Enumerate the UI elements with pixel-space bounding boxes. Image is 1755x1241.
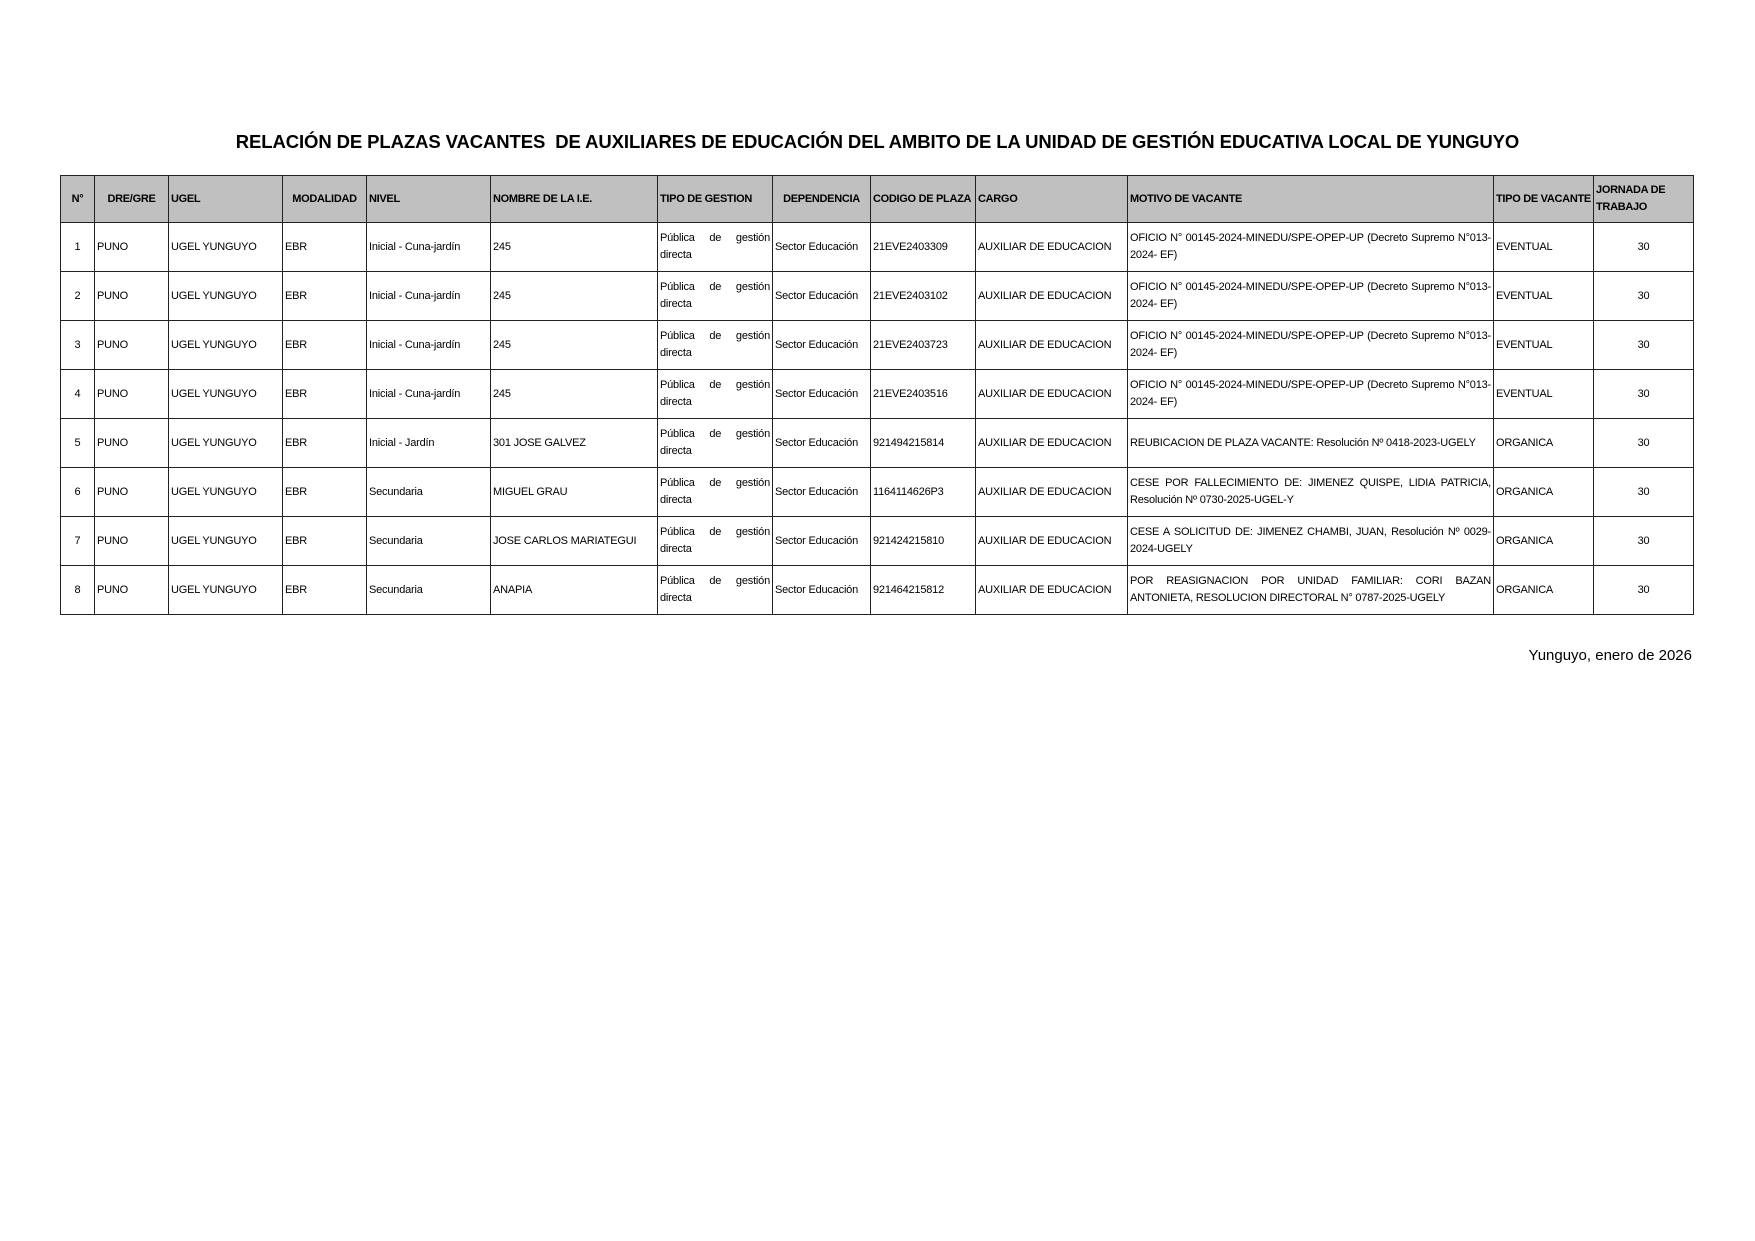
- cell-dre-gre: PUNO: [95, 321, 169, 370]
- cell-motivo-vacante: OFICIO N° 00145-2024-MINEDU/SPE-OPEP-UP …: [1128, 272, 1494, 321]
- cell-motivo-vacante: OFICIO N° 00145-2024-MINEDU/SPE-OPEP-UP …: [1128, 223, 1494, 272]
- header-col-dre-gre: DRE/GRE: [95, 176, 169, 223]
- cell-nivel: Inicial - Jardín: [367, 419, 491, 468]
- cell-tipo-vacante: ORGANICA: [1494, 468, 1594, 517]
- cell-tipo-vacante: ORGANICA: [1494, 419, 1594, 468]
- cell-modalidad: EBR: [283, 272, 367, 321]
- cell-tipo-gestion: Pública de gestión directa: [658, 517, 773, 566]
- table-row: 1PUNOUGEL YUNGUYOEBRInicial - Cuna-jardí…: [61, 223, 1694, 272]
- cell-nivel: Secundaria: [367, 517, 491, 566]
- cell-codigo-plaza: 1164114626P3: [871, 468, 976, 517]
- cell-cargo: AUXILIAR DE EDUCACION: [976, 517, 1128, 566]
- cell-modalidad: EBR: [283, 370, 367, 419]
- cell-dre-gre: PUNO: [95, 419, 169, 468]
- cell-motivo-vacante: OFICIO N° 00145-2024-MINEDU/SPE-OPEP-UP …: [1128, 321, 1494, 370]
- cell-modalidad: EBR: [283, 419, 367, 468]
- cell-tipo-gestion: Pública de gestión directa: [658, 223, 773, 272]
- cell-ugel: UGEL YUNGUYO: [169, 419, 283, 468]
- cell-dependencia: Sector Educación: [773, 321, 871, 370]
- cell-cargo: AUXILIAR DE EDUCACION: [976, 468, 1128, 517]
- cell-motivo-vacante: REUBICACION DE PLAZA VACANTE: Resolución…: [1128, 419, 1494, 468]
- cell-nivel: Inicial - Cuna-jardín: [367, 223, 491, 272]
- cell-tipo-vacante: ORGANICA: [1494, 517, 1594, 566]
- cell-motivo-vacante: CESE POR FALLECIMIENTO DE: JIMENEZ QUISP…: [1128, 468, 1494, 517]
- cell-number: 4: [61, 370, 95, 419]
- cell-dependencia: Sector Educación: [773, 370, 871, 419]
- cell-dre-gre: PUNO: [95, 468, 169, 517]
- cell-nivel: Inicial - Cuna-jardín: [367, 321, 491, 370]
- cell-tipo-gestion: Pública de gestión directa: [658, 468, 773, 517]
- cell-nivel: Secundaria: [367, 468, 491, 517]
- header-col-motivo-vacante: MOTIVO DE VACANTE: [1128, 176, 1494, 223]
- table-row: 3PUNOUGEL YUNGUYOEBRInicial - Cuna-jardí…: [61, 321, 1694, 370]
- header-col-ugel: UGEL: [169, 176, 283, 223]
- cell-jornada: 30: [1594, 223, 1694, 272]
- table-row: 8PUNOUGEL YUNGUYOEBRSecundariaANAPIAPúbl…: [61, 566, 1694, 615]
- cell-ugel: UGEL YUNGUYO: [169, 370, 283, 419]
- cell-tipo-vacante: EVENTUAL: [1494, 321, 1594, 370]
- cell-motivo-vacante: OFICIO N° 00145-2024-MINEDU/SPE-OPEP-UP …: [1128, 370, 1494, 419]
- cell-jornada: 30: [1594, 468, 1694, 517]
- cell-jornada: 30: [1594, 419, 1694, 468]
- cell-dre-gre: PUNO: [95, 370, 169, 419]
- cell-nivel: Secundaria: [367, 566, 491, 615]
- cell-ugel: UGEL YUNGUYO: [169, 223, 283, 272]
- cell-dre-gre: PUNO: [95, 223, 169, 272]
- header-col-codigo-plaza: CODIGO DE PLAZA: [871, 176, 976, 223]
- cell-nombre-ie: MIGUEL GRAU: [491, 468, 658, 517]
- cell-number: 5: [61, 419, 95, 468]
- cell-tipo-gestion: Pública de gestión directa: [658, 370, 773, 419]
- cell-tipo-gestion: Pública de gestión directa: [658, 419, 773, 468]
- cell-tipo-vacante: EVENTUAL: [1494, 272, 1594, 321]
- cell-cargo: AUXILIAR DE EDUCACION: [976, 566, 1128, 615]
- place-date: Yunguyo, enero de 2026: [1529, 647, 1692, 664]
- cell-cargo: AUXILIAR DE EDUCACION: [976, 223, 1128, 272]
- cell-nombre-ie: 245: [491, 272, 658, 321]
- cell-number: 6: [61, 468, 95, 517]
- header-col-dependencia: DEPENDENCIA: [773, 176, 871, 223]
- cell-motivo-vacante: POR REASIGNACION POR UNIDAD FAMILIAR: CO…: [1128, 566, 1494, 615]
- cell-modalidad: EBR: [283, 321, 367, 370]
- cell-nombre-ie: 245: [491, 223, 658, 272]
- cell-number: 3: [61, 321, 95, 370]
- cell-ugel: UGEL YUNGUYO: [169, 517, 283, 566]
- cell-number: 2: [61, 272, 95, 321]
- document-title: RELACIÓN DE PLAZAS VACANTES DE AUXILIARE…: [0, 131, 1755, 153]
- cell-jornada: 30: [1594, 566, 1694, 615]
- cell-nombre-ie: 245: [491, 370, 658, 419]
- header-col-tipo-gestion: TIPO DE GESTION: [658, 176, 773, 223]
- cell-dependencia: Sector Educación: [773, 223, 871, 272]
- cell-dre-gre: PUNO: [95, 272, 169, 321]
- header-col-tipo-vacante: TIPO DE VACANTE: [1494, 176, 1594, 223]
- cell-dependencia: Sector Educación: [773, 468, 871, 517]
- cell-jornada: 30: [1594, 272, 1694, 321]
- cell-nombre-ie: 245: [491, 321, 658, 370]
- cell-nombre-ie: 301 JOSE GALVEZ: [491, 419, 658, 468]
- cell-dre-gre: PUNO: [95, 517, 169, 566]
- cell-number: 7: [61, 517, 95, 566]
- header-col-nombre-ie: NOMBRE DE LA I.E.: [491, 176, 658, 223]
- cell-jornada: 30: [1594, 321, 1694, 370]
- header-col-jornada: JORNADA DE TRABAJO: [1594, 176, 1694, 223]
- cell-dependencia: Sector Educación: [773, 566, 871, 615]
- table-row: 7PUNOUGEL YUNGUYOEBRSecundariaJOSE CARLO…: [61, 517, 1694, 566]
- cell-tipo-vacante: EVENTUAL: [1494, 223, 1594, 272]
- table-body: 1PUNOUGEL YUNGUYOEBRInicial - Cuna-jardí…: [61, 223, 1694, 615]
- cell-codigo-plaza: 21EVE2403723: [871, 321, 976, 370]
- header-col-number: N°: [61, 176, 95, 223]
- cell-ugel: UGEL YUNGUYO: [169, 321, 283, 370]
- cell-ugel: UGEL YUNGUYO: [169, 566, 283, 615]
- cell-jornada: 30: [1594, 517, 1694, 566]
- cell-codigo-plaza: 921494215814: [871, 419, 976, 468]
- cell-tipo-vacante: ORGANICA: [1494, 566, 1594, 615]
- cell-codigo-plaza: 921424215810: [871, 517, 976, 566]
- cell-codigo-plaza: 921464215812: [871, 566, 976, 615]
- cell-nivel: Inicial - Cuna-jardín: [367, 370, 491, 419]
- cell-nivel: Inicial - Cuna-jardín: [367, 272, 491, 321]
- cell-motivo-vacante: CESE A SOLICITUD DE: JIMENEZ CHAMBI, JUA…: [1128, 517, 1494, 566]
- cell-cargo: AUXILIAR DE EDUCACION: [976, 419, 1128, 468]
- cell-nombre-ie: JOSE CARLOS MARIATEGUI: [491, 517, 658, 566]
- cell-tipo-vacante: EVENTUAL: [1494, 370, 1594, 419]
- cell-codigo-plaza: 21EVE2403516: [871, 370, 976, 419]
- cell-cargo: AUXILIAR DE EDUCACION: [976, 370, 1128, 419]
- header-col-cargo: CARGO: [976, 176, 1128, 223]
- cell-ugel: UGEL YUNGUYO: [169, 272, 283, 321]
- cell-tipo-gestion: Pública de gestión directa: [658, 272, 773, 321]
- cell-modalidad: EBR: [283, 517, 367, 566]
- table-row: 5PUNOUGEL YUNGUYOEBRInicial - Jardín301 …: [61, 419, 1694, 468]
- cell-modalidad: EBR: [283, 566, 367, 615]
- cell-modalidad: EBR: [283, 223, 367, 272]
- cell-dependencia: Sector Educación: [773, 419, 871, 468]
- cell-cargo: AUXILIAR DE EDUCACION: [976, 321, 1128, 370]
- cell-ugel: UGEL YUNGUYO: [169, 468, 283, 517]
- cell-dependencia: Sector Educación: [773, 272, 871, 321]
- vacancies-table: N°DRE/GREUGELMODALIDADNIVELNOMBRE DE LA …: [60, 175, 1694, 615]
- cell-codigo-plaza: 21EVE2403309: [871, 223, 976, 272]
- cell-tipo-gestion: Pública de gestión directa: [658, 321, 773, 370]
- header-col-nivel: NIVEL: [367, 176, 491, 223]
- header-col-modalidad: MODALIDAD: [283, 176, 367, 223]
- cell-dre-gre: PUNO: [95, 566, 169, 615]
- cell-modalidad: EBR: [283, 468, 367, 517]
- cell-nombre-ie: ANAPIA: [491, 566, 658, 615]
- table-row: 6PUNOUGEL YUNGUYOEBRSecundariaMIGUEL GRA…: [61, 468, 1694, 517]
- cell-cargo: AUXILIAR DE EDUCACION: [976, 272, 1128, 321]
- cell-codigo-plaza: 21EVE2403102: [871, 272, 976, 321]
- cell-dependencia: Sector Educación: [773, 517, 871, 566]
- cell-jornada: 30: [1594, 370, 1694, 419]
- cell-number: 8: [61, 566, 95, 615]
- cell-number: 1: [61, 223, 95, 272]
- cell-tipo-gestion: Pública de gestión directa: [658, 566, 773, 615]
- table-row: 2PUNOUGEL YUNGUYOEBRInicial - Cuna-jardí…: [61, 272, 1694, 321]
- table-header-row: N°DRE/GREUGELMODALIDADNIVELNOMBRE DE LA …: [61, 176, 1694, 223]
- table-row: 4PUNOUGEL YUNGUYOEBRInicial - Cuna-jardí…: [61, 370, 1694, 419]
